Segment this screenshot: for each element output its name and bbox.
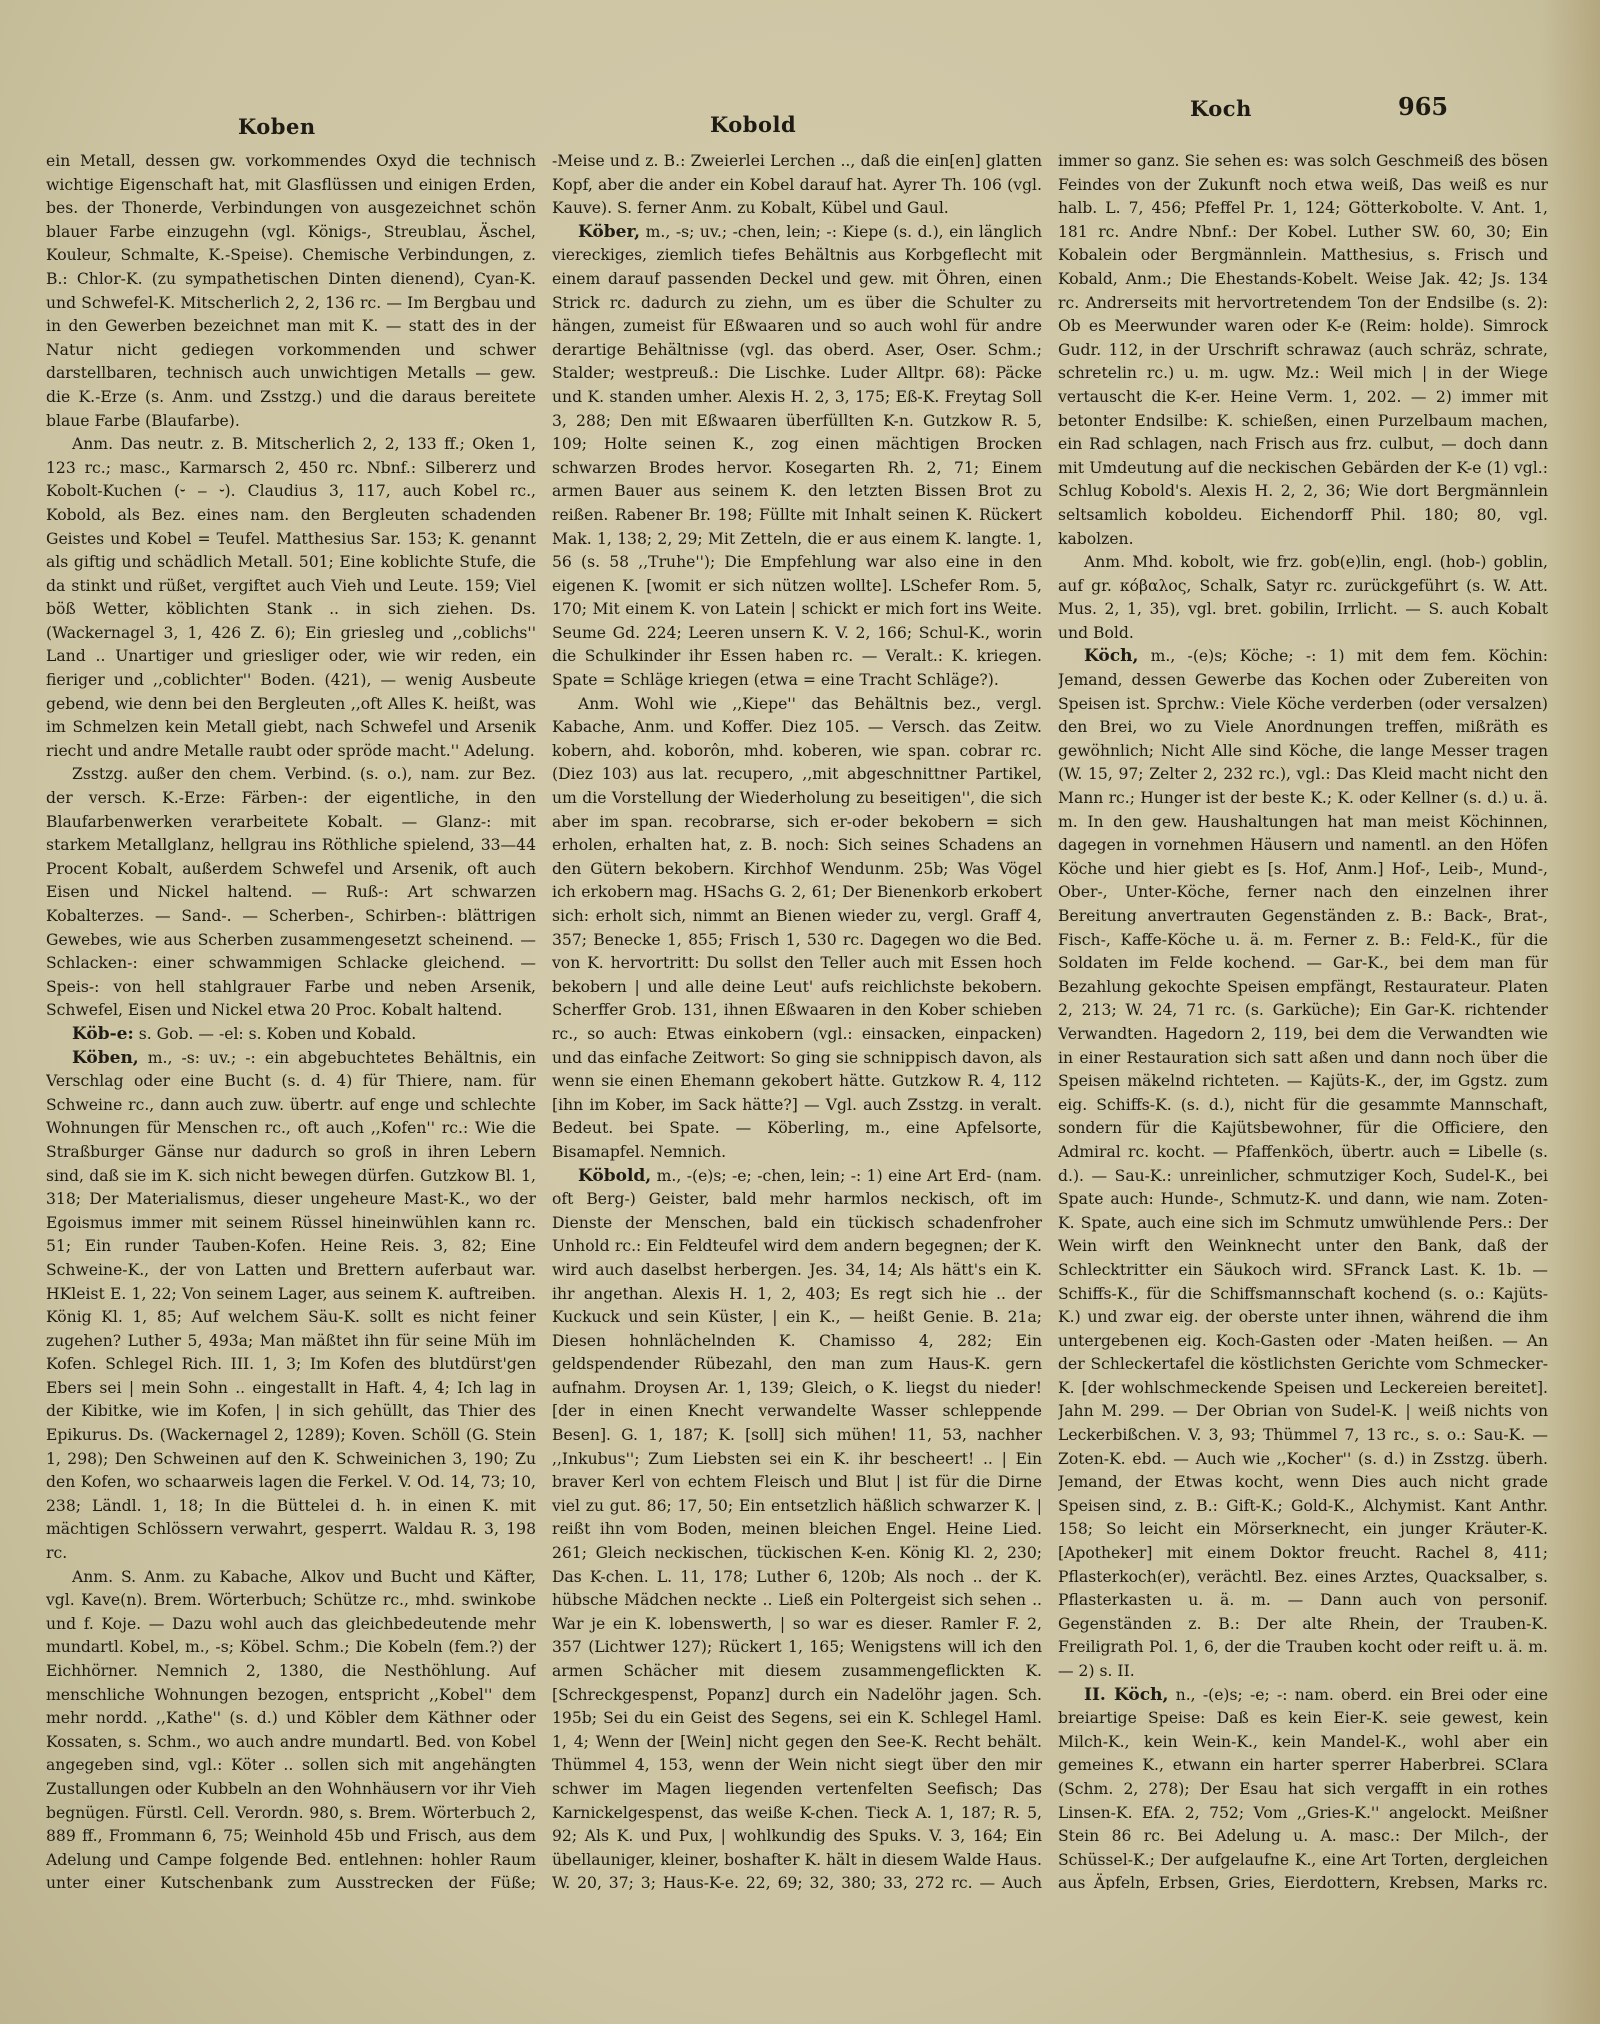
dictionary-entry: Köben, m., -s: uv.; -: ein abgebuchtetes…	[46, 1047, 536, 1566]
entry-headword: II. Köch,	[1084, 1685, 1168, 1705]
entry-paragraph: Anm. Mhd. kobolt, wie frz. gob(e)lin, en…	[1058, 551, 1548, 645]
column-right: immer so ganz. Sie sehen es: was solch G…	[1058, 150, 1548, 1890]
entry-text: m., -(e)s; -e; -chen, lein; -: 1) eine A…	[552, 1167, 1042, 1890]
page-edge-shadow	[1540, 0, 1600, 2024]
entry-paragraph: Anm. Wohl wie ,,Kiepe'' das Behältnis be…	[552, 693, 1042, 1165]
entry-headword: Köber,	[578, 222, 640, 242]
entry-text: Anm. Mhd. kobolt, wie frz. gob(e)lin, en…	[1058, 553, 1548, 642]
page-number: 965	[1398, 92, 1448, 121]
running-header: Koben Kobold Koch 965	[0, 96, 1600, 136]
entry-text: m., -(e)s; Köche; -: 1) mit dem fem. Köc…	[1058, 647, 1548, 1680]
entry-headword: Köben,	[72, 1048, 139, 1068]
entry-text: Anm. S. Anm. zu Kabache, Alkov und Bucht…	[46, 1568, 536, 1890]
entry-paragraph: immer so ganz. Sie sehen es: was solch G…	[1058, 150, 1548, 551]
dictionary-entry: II. Köch, n., -(e)s; -e; -: nam. oberd. …	[1058, 1684, 1548, 1890]
entry-paragraph: Anm. S. Anm. zu Kabache, Alkov und Bucht…	[46, 1566, 536, 1890]
entry-paragraph: Zsstzg. außer den chem. Verbind. (s. o.)…	[46, 763, 536, 1023]
entry-text: s. Gob. — -el: s. Koben und Kobald.	[134, 1025, 416, 1043]
left-running-headword: Koben	[238, 114, 316, 139]
entry-paragraph: Anm. Das neutr. z. B. Mitscherlich 2, 2,…	[46, 433, 536, 763]
entry-paragraph: -Meise und z. B.: Zweierlei Lerchen .., …	[552, 150, 1042, 221]
entry-text: Zsstzg. außer den chem. Verbind. (s. o.)…	[46, 765, 536, 1019]
column-left: ein Metall, dessen gw. vorkommendes Oxyd…	[46, 150, 536, 1890]
entry-text: -Meise und z. B.: Zweierlei Lerchen .., …	[552, 152, 1042, 217]
entry-text: m., -s: uv.; -: ein abgebuchtetes Behält…	[46, 1049, 536, 1562]
entry-text: n., -(e)s; -e; -: nam. oberd. ein Brei o…	[1058, 1686, 1548, 1890]
dictionary-body: ein Metall, dessen gw. vorkommendes Oxyd…	[46, 150, 1546, 1890]
entry-text: m., -s; uv.; -chen, lein; -: Kiepe (s. d…	[552, 223, 1042, 689]
center-running-headword: Kobold	[710, 112, 796, 137]
entry-paragraph: ein Metall, dessen gw. vorkommendes Oxyd…	[46, 150, 536, 433]
entry-headword: Köb-e:	[72, 1024, 134, 1044]
dictionary-entry: Köb-e: s. Gob. — -el: s. Koben und Kobal…	[46, 1023, 536, 1047]
entry-text: ein Metall, dessen gw. vorkommendes Oxyd…	[46, 152, 536, 430]
dictionary-entry: Köber, m., -s; uv.; -chen, lein; -: Kiep…	[552, 221, 1042, 693]
entry-text: immer so ganz. Sie sehen es: was solch G…	[1058, 152, 1548, 548]
entry-headword: Köbold,	[578, 1166, 651, 1186]
dictionary-entry: Köch, m., -(e)s; Köche; -: 1) mit dem fe…	[1058, 645, 1548, 1683]
entry-text: Anm. Wohl wie ,,Kiepe'' das Behältnis be…	[552, 695, 1042, 1161]
entry-text: Anm. Das neutr. z. B. Mitscherlich 2, 2,…	[46, 435, 536, 760]
right-running-headword: Koch	[1190, 96, 1252, 121]
column-middle: -Meise und z. B.: Zweierlei Lerchen .., …	[552, 150, 1042, 1890]
entry-headword: Köch,	[1084, 646, 1138, 666]
dictionary-entry: Köbold, m., -(e)s; -e; -chen, lein; -: 1…	[552, 1165, 1042, 1890]
